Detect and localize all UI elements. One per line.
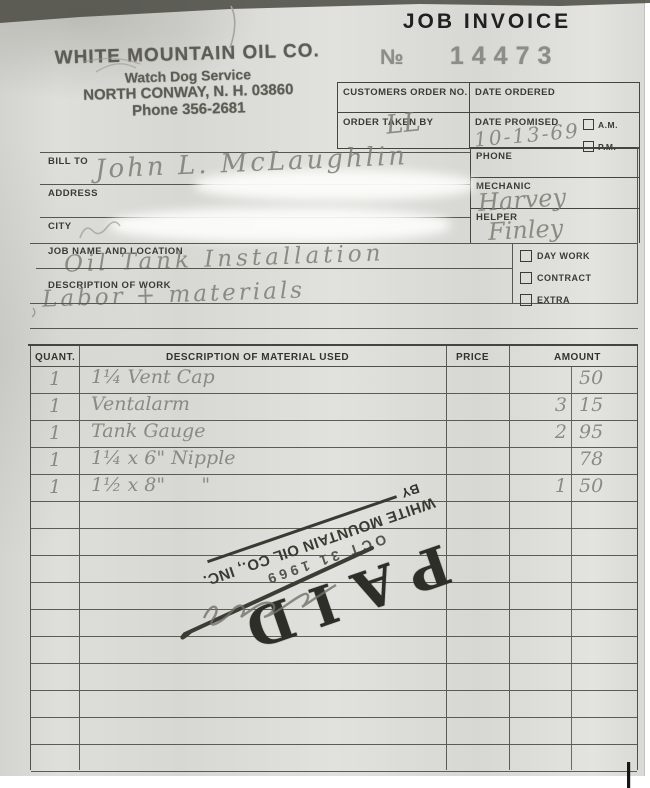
row-amount-dollars: 3 [509,394,567,416]
invoice-page: WHITE MOUNTAIN OIL CO. Watch Dog Service… [0,0,645,776]
blank-rule [30,328,638,329]
row-qty: 1 [31,476,79,498]
am-checkbox [583,119,594,130]
city-label: CITY [48,221,72,232]
table-row-empty [31,744,637,772]
day-work-checkbox [520,250,532,262]
table-row-empty [31,717,637,745]
row-amount-cents: 50 [579,475,603,497]
table-row-empty [31,636,637,664]
table-row: 1 1¼ x 6" Nipple 78 [31,447,637,475]
quant-header: QUANT. [35,352,75,363]
row-qty: 1 [31,368,79,390]
table-row-empty [31,663,637,691]
table-row: 1 1¼ Vent Cap 50 [31,366,637,394]
row-amount-cents: 78 [579,448,603,470]
numero-symbol: № [380,46,403,69]
description-header: DESCRIPTION OF MATERIAL USED [166,352,349,363]
table-header: QUANT. DESCRIPTION OF MATERIAL USED PRIC… [31,349,637,367]
invoice-number-row: № 14473 [380,42,559,71]
helper-value: Finley [487,214,564,246]
row-desc: Tank Gauge [91,420,205,442]
invoice-number: 14473 [450,42,560,70]
contract-label: CONTRACT [537,273,592,283]
row-amount-dollars: 2 [509,421,567,443]
row-qty: 1 [31,449,79,471]
table-row: 1 1½ x 8" " 1 50 [31,474,637,502]
am-label: A.M. [598,120,618,130]
table-row-empty [31,690,637,718]
bill-to-label: BILL TO [48,156,88,167]
table-row: 1 Tank Gauge 2 95 [31,420,637,448]
address-label: ADDRESS [48,188,98,199]
row-desc: 1½ x 8" " [91,474,210,496]
extra-label: EXTRA [537,295,570,305]
whiteout-city [110,208,450,242]
date-ordered-label: DATE ORDERED [475,87,555,98]
job-name-rule [36,268,512,269]
row-qty: 1 [31,422,79,444]
work-type-checkboxes: DAY WORK CONTRACT EXTRA [512,243,638,303]
pencil-mark-small [32,308,35,317]
company-block: WHITE MOUNTAIN OIL CO. Watch Dog Service… [27,40,349,123]
day-work-label: DAY WORK [537,251,590,261]
table-row: 1 Ventalarm 3 15 [31,393,637,421]
order-taken-by-value: LL [385,107,422,140]
row-amount-dollars: 1 [509,475,567,497]
row-qty: 1 [31,395,79,417]
row-desc: Ventalarm [91,393,190,415]
row-amount-cents: 15 [579,394,603,416]
row-amount-cents: 50 [579,367,603,389]
phone-label: PHONE [476,151,512,162]
amount-header: AMOUNT [554,352,601,363]
price-header: PRICE [456,352,489,363]
order-info-box: CUSTOMERS ORDER NO. DATE ORDERED ORDER T… [337,82,640,149]
extra-checkbox [520,294,532,306]
contract-checkbox [520,272,532,284]
row-amount-cents: 95 [579,421,603,443]
scanned-invoice: WHITE MOUNTAIN OIL CO. Watch Dog Service… [0,0,650,788]
row-desc: 1¼ Vent Cap [91,366,215,388]
row-desc: 1¼ x 6" Nipple [91,447,236,469]
customers-order-no-label: CUSTOMERS ORDER NO. [343,87,468,98]
page-title: JOB INVOICE [372,10,602,34]
